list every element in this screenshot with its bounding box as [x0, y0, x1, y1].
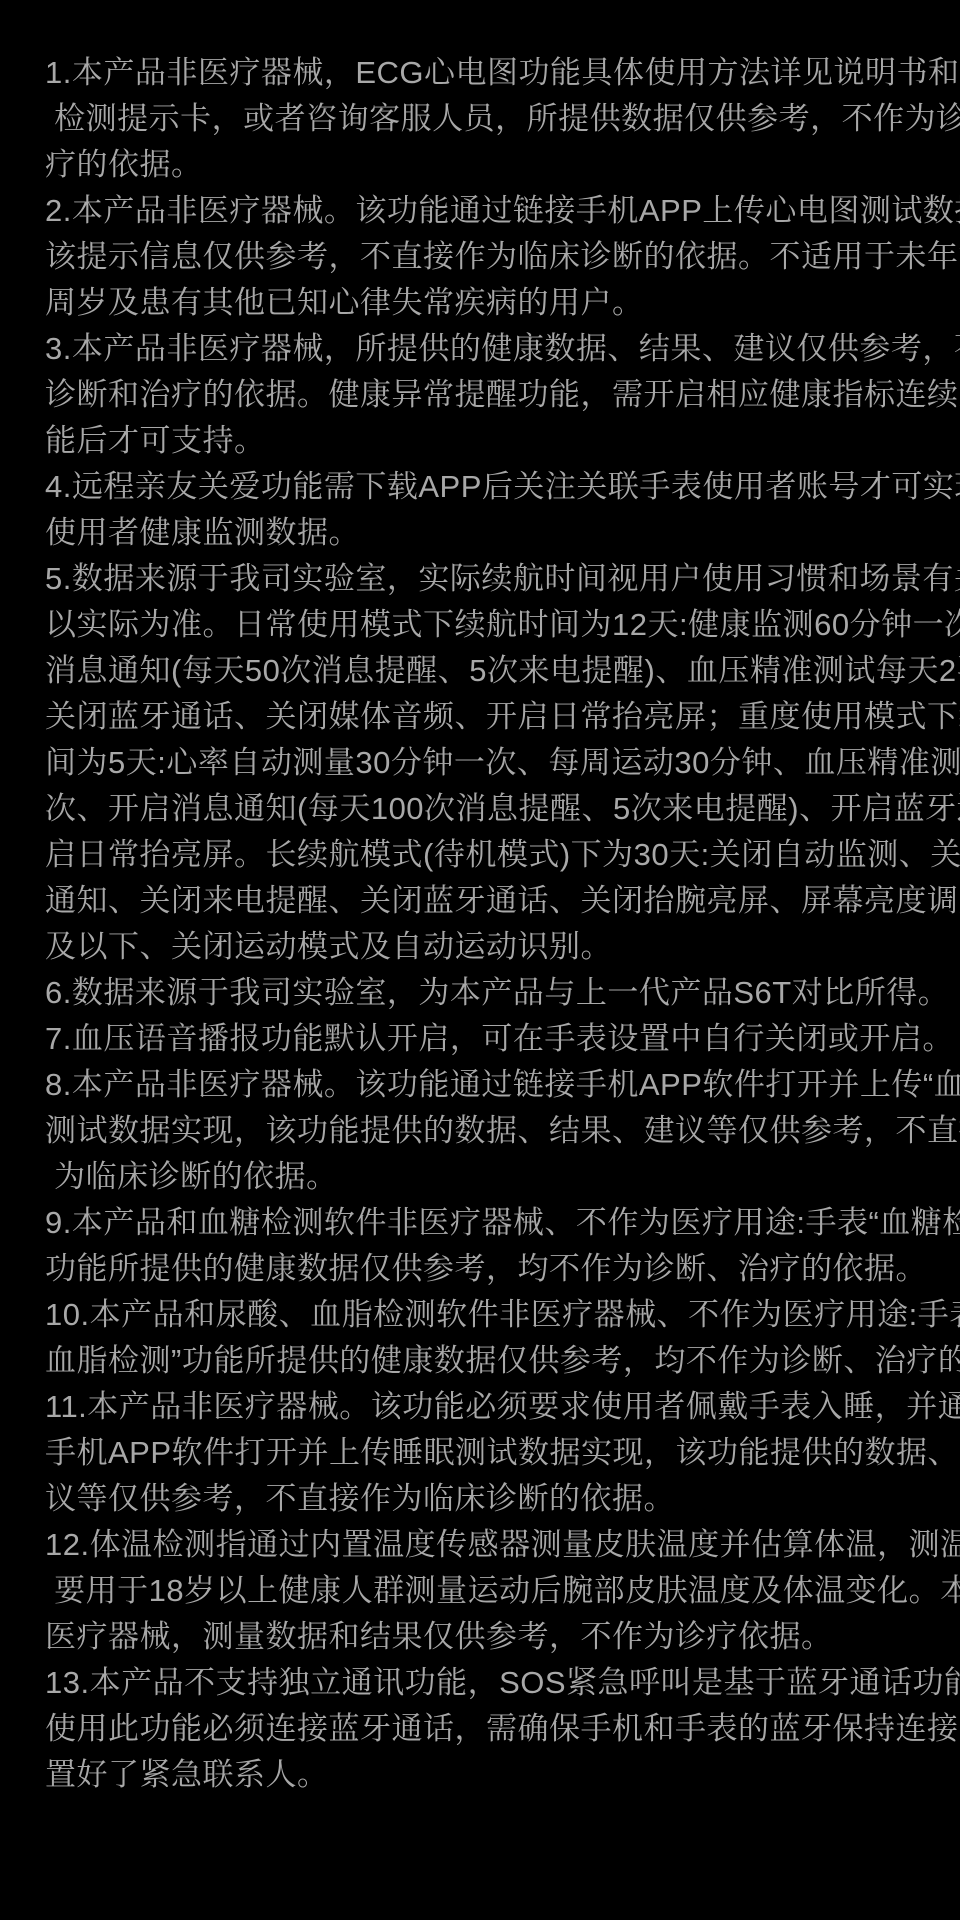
- disclaimer-line: 3.本产品非医疗器械，所提供的健康数据、结果、建议仅供参考，不作为: [45, 326, 930, 372]
- disclaimer-item-13: 13.本产品不支持独立通讯功能，SOS紧急呼叫是基于蓝牙通话功能实现，使用此功能…: [45, 1660, 930, 1798]
- disclaimer-line: 医疗器械，测量数据和结果仅供参考，不作为诊疗依据。: [45, 1614, 930, 1660]
- disclaimer-line: 4.远程亲友关爱功能需下载APP后关注关联手表使用者账号才可实现查看: [45, 464, 930, 510]
- disclaimer-line: 要用于18岁以上健康人群测量运动后腕部皮肤温度及体温变化。本产品非: [45, 1568, 930, 1614]
- disclaimer-line: 13.本产品不支持独立通讯功能，SOS紧急呼叫是基于蓝牙通话功能实现，: [45, 1660, 930, 1706]
- disclaimer-line: 手机APP软件打开并上传睡眠测试数据实现，该功能提供的数据、结果、建: [45, 1430, 930, 1476]
- disclaimer-line: 12.体温检测指通过内置温度传感器测量皮肤温度并估算体温，测温功能主: [45, 1522, 930, 1568]
- disclaimer-line: 消息通知(每天50次消息提醒、5次来电提醒)、血压精准测试每天2次、: [45, 648, 930, 694]
- disclaimer-item-1: 1.本产品非医疗器械，ECG心电图功能具体使用方法详见说明书和心电图 检测提示卡…: [45, 50, 930, 188]
- disclaimer-line: 通知、关闭来电提醒、关闭蓝牙通话、关闭抬腕亮屏、屏幕亮度调为10%: [45, 878, 930, 924]
- disclaimer-item-12: 12.体温检测指通过内置温度传感器测量皮肤温度并估算体温，测温功能主 要用于18…: [45, 1522, 930, 1660]
- disclaimer-line: 功能所提供的健康数据仅供参考，均不作为诊断、治疗的依据。: [45, 1246, 930, 1292]
- disclaimer-item-8: 8.本产品非医疗器械。该功能通过链接手机APP软件打开并上传“血压”测试数据实现…: [45, 1062, 930, 1200]
- disclaimer-line: 2.本产品非医疗器械。该功能通过链接手机APP上传心电图测试数据实现: [45, 188, 930, 234]
- disclaimer-item-2: 2.本产品非医疗器械。该功能通过链接手机APP上传心电图测试数据实现该提示信息仅…: [45, 188, 930, 326]
- disclaimer-line: 5.数据来源于我司实验室，实际续航时间视用户使用习惯和场景有关，请: [45, 556, 930, 602]
- disclaimer-item-5: 5.数据来源于我司实验室，实际续航时间视用户使用习惯和场景有关，请以实际为准。日…: [45, 556, 930, 970]
- disclaimer-line: 该提示信息仅供参考，不直接作为临床诊断的依据。不适用于未年满18: [45, 234, 930, 280]
- disclaimer-line: 议等仅供参考，不直接作为临床诊断的依据。: [45, 1476, 930, 1522]
- disclaimer-item-9: 9.本产品和血糖检测软件非医疗器械、不作为医疗用途:手表“血糖检测”功能所提供的…: [45, 1200, 930, 1292]
- disclaimer-line: 7.血压语音播报功能默认开启，可在手表设置中自行关闭或开启。: [45, 1016, 930, 1062]
- disclaimer-item-11: 11.本产品非医疗器械。该功能必须要求使用者佩戴手表入睡，并通过链接手机APP软…: [45, 1384, 930, 1522]
- disclaimer-line: 疗的依据。: [45, 142, 930, 188]
- disclaimer-line: 诊断和治疗的依据。健康异常提醒功能，需开启相应健康指标连续监测功: [45, 372, 930, 418]
- disclaimer-list: 1.本产品非医疗器械，ECG心电图功能具体使用方法详见说明书和心电图 检测提示卡…: [45, 50, 930, 1798]
- disclaimer-line: 启日常抬亮屏。长续航模式(待机模式)下为30天:关闭自动监测、关闭消息: [45, 832, 930, 878]
- disclaimer-line: 及以下、关闭运动模式及自动运动识别。: [45, 924, 930, 970]
- disclaimer-line: 测试数据实现，该功能提供的数据、结果、建议等仅供参考，不直接作: [45, 1108, 930, 1154]
- disclaimer-line: 次、开启消息通知(每天100次消息提醒、5次来电提醒)、开启蓝牙通话、开: [45, 786, 930, 832]
- disclaimer-line: 间为5天:心率自动测量30分钟一次、每周运动30分钟、血压精准测试每天3: [45, 740, 930, 786]
- disclaimer-line: 检测提示卡，或者咨询客服人员，所提供数据仅供参考，不作为诊断和治: [45, 96, 930, 142]
- disclaimer-line: 使用者健康监测数据。: [45, 510, 930, 556]
- disclaimer-line: 为临床诊断的依据。: [45, 1154, 930, 1200]
- disclaimer-line: 6.数据来源于我司实验室，为本产品与上一代产品S6T对比所得。: [45, 970, 930, 1016]
- disclaimer-item-4: 4.远程亲友关爱功能需下载APP后关注关联手表使用者账号才可实现查看使用者健康监…: [45, 464, 930, 556]
- disclaimer-line: 使用此功能必须连接蓝牙通话，需确保手机和手表的蓝牙保持连接，且设: [45, 1706, 930, 1752]
- disclaimer-line: 9.本产品和血糖检测软件非医疗器械、不作为医疗用途:手表“血糖检测”: [45, 1200, 930, 1246]
- disclaimer-line: 8.本产品非医疗器械。该功能通过链接手机APP软件打开并上传“血压”: [45, 1062, 930, 1108]
- disclaimer-page: 1.本产品非医疗器械，ECG心电图功能具体使用方法详见说明书和心电图 检测提示卡…: [0, 0, 960, 1920]
- disclaimer-item-10: 10.本产品和尿酸、血脂检测软件非医疗器械、不作为医疗用途:手表“尿酸、血脂检测…: [45, 1292, 930, 1384]
- disclaimer-line: 11.本产品非医疗器械。该功能必须要求使用者佩戴手表入睡，并通过链接: [45, 1384, 930, 1430]
- disclaimer-line: 周岁及患有其他已知心律失常疾病的用户。: [45, 280, 930, 326]
- disclaimer-line: 以实际为准。日常使用模式下续航时间为12天:健康监测60分钟一次启: [45, 602, 930, 648]
- disclaimer-line: 置好了紧急联系人。: [45, 1752, 930, 1798]
- disclaimer-item-7: 7.血压语音播报功能默认开启，可在手表设置中自行关闭或开启。: [45, 1016, 930, 1062]
- disclaimer-line: 10.本产品和尿酸、血脂检测软件非医疗器械、不作为医疗用途:手表“尿酸、: [45, 1292, 930, 1338]
- disclaimer-line: 关闭蓝牙通话、关闭媒体音频、开启日常抬亮屏；重度使用模式下续航时: [45, 694, 930, 740]
- disclaimer-line: 能后才可支持。: [45, 418, 930, 464]
- disclaimer-line: 血脂检测”功能所提供的健康数据仅供参考，均不作为诊断、治疗的依据。: [45, 1338, 930, 1384]
- disclaimer-line: 1.本产品非医疗器械，ECG心电图功能具体使用方法详见说明书和心电图: [45, 50, 930, 96]
- disclaimer-item-3: 3.本产品非医疗器械，所提供的健康数据、结果、建议仅供参考，不作为诊断和治疗的依…: [45, 326, 930, 464]
- disclaimer-item-6: 6.数据来源于我司实验室，为本产品与上一代产品S6T对比所得。: [45, 970, 930, 1016]
